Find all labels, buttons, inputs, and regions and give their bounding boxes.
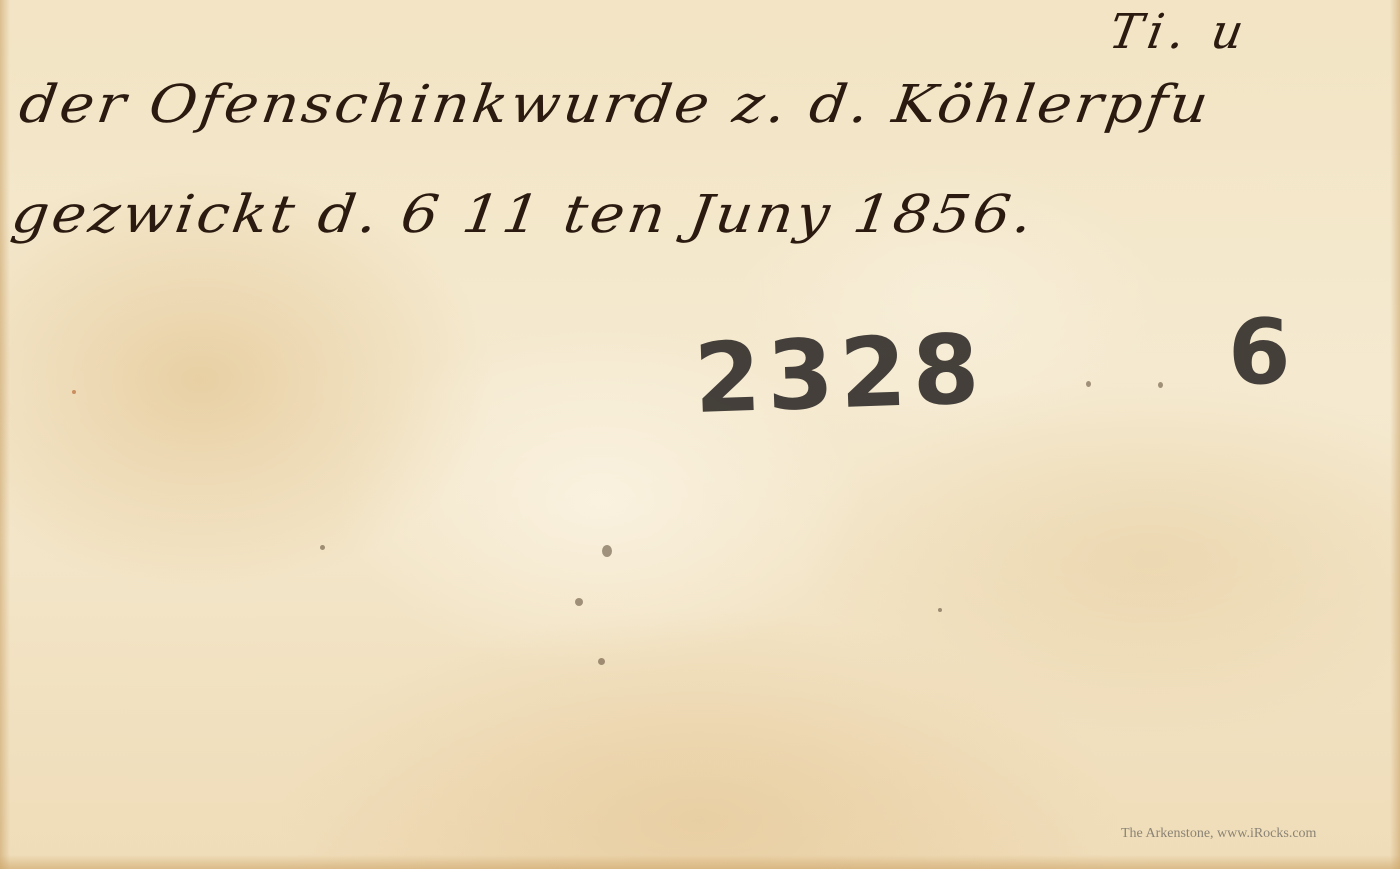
- watermark: The Arkenstone, www.iRocks.com: [1121, 826, 1316, 842]
- handwritten-line-2: gezwickt d. 6 11 ten Juny 1856.: [8, 183, 1039, 244]
- paper-speck: [598, 658, 605, 665]
- paper-speck: [575, 598, 583, 606]
- catalog-number: 2328: [692, 313, 987, 435]
- specimen-label-paper: Ti. u der Ofenschinkwurde z. d. Köhlerpf…: [0, 0, 1400, 869]
- paper-edge-left: [0, 0, 10, 869]
- paper-speck: [1158, 382, 1163, 388]
- catalog-suffix: 6: [1228, 300, 1291, 405]
- paper-speck: [72, 390, 76, 394]
- paper-edge-bottom: [0, 855, 1400, 869]
- handwritten-line-1: der Ofenschinkwurde z. d. Köhlerpfu: [16, 73, 1215, 134]
- paper-speck: [602, 545, 612, 557]
- handwritten-superscript: Ti. u: [1105, 4, 1254, 60]
- paper-edge-right: [1390, 0, 1400, 869]
- paper-speck: [938, 608, 942, 612]
- paper-speck: [1086, 381, 1091, 387]
- paper-speck: [320, 545, 325, 550]
